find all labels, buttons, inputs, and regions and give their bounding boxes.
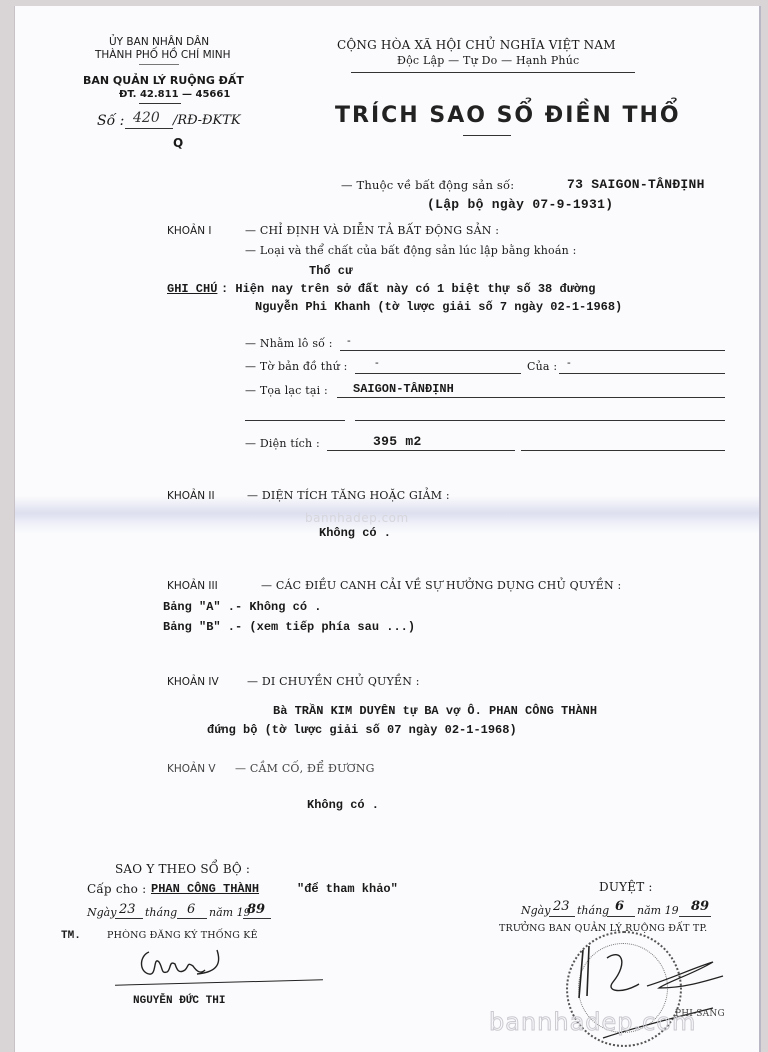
signature-left xyxy=(135,946,255,986)
approval-date-year: 89 xyxy=(691,899,709,914)
section3-line-a: Bảng "A" .- Không có . xyxy=(163,600,321,614)
location-label: — Tọa lạc tại : xyxy=(245,384,328,397)
phone-number: ĐT. 42.811 — 45661 xyxy=(119,89,230,100)
committee-name: ỦY BAN NHÂN DÂN xyxy=(109,36,209,48)
title-ornament xyxy=(463,135,511,136)
underline xyxy=(549,916,575,917)
underline xyxy=(177,918,207,919)
of-label: Của : xyxy=(527,360,557,373)
section4-heading: KHOẢN IV xyxy=(167,676,219,688)
document-title: TRÍCH SAO SỔ ĐIỀN THỔ xyxy=(335,103,681,128)
document-page: ỦY BAN NHÂN DÂN THÀNH PHỐ HỒ CHÍ MINH BA… xyxy=(14,6,761,1052)
location-line xyxy=(337,397,725,398)
section3-heading: KHOẢN III xyxy=(167,580,218,592)
issued-label: Cấp cho : xyxy=(87,882,146,896)
doc-number-suffix: /RĐ-ĐKTK xyxy=(173,113,241,128)
property-established: (Lập bộ ngày 07-9-1931) xyxy=(427,197,613,212)
area-value: 395 m2 xyxy=(373,434,422,449)
section4-title: — DI CHUYỀN CHỦ QUYỀN : xyxy=(247,675,420,688)
section1-title: — CHỈ ĐỊNH VÀ DIỄN TẢ BẤT ĐỘNG SẢN : xyxy=(245,224,499,237)
office-name: PHÒNG ĐĂNG KÝ THỐNG KÊ xyxy=(107,930,258,941)
note-label: GHI CHÚ xyxy=(167,282,217,296)
doc-number-underline xyxy=(125,128,173,129)
issue-date-month: 6 xyxy=(187,902,195,917)
underline xyxy=(115,918,143,919)
section3-line-b: Bảng "B" .- (xem tiếp phía sau ...) xyxy=(163,620,415,634)
property-type-value: Thổ cư xyxy=(309,264,352,278)
underline xyxy=(243,918,271,919)
copy-label: SAO Y THEO SỔ BỘ : xyxy=(115,862,250,876)
issue-date-month-label: tháng xyxy=(145,906,177,919)
divider xyxy=(139,103,181,104)
area-line xyxy=(327,450,515,451)
lot-value: - xyxy=(347,334,351,347)
department-name: BAN QUẢN LÝ RUỘNG ĐẤT xyxy=(83,74,244,87)
approver-office: TRƯỞNG BAN QUẢN LÝ RUỘNG ĐẤT TP. xyxy=(499,923,707,934)
approval-date-month-label: tháng xyxy=(577,904,609,917)
approved-label: DUYỆT : xyxy=(599,880,653,894)
map-value: - xyxy=(375,356,379,369)
approval-date-day-label: Ngày xyxy=(521,904,550,917)
underline xyxy=(607,916,635,917)
location-line-2b xyxy=(355,420,725,421)
property-label: — Thuộc về bất động sản số: xyxy=(341,178,514,192)
approval-date-month: 6 xyxy=(615,899,624,914)
location-line-2a xyxy=(245,420,345,421)
header-divider xyxy=(351,72,635,73)
issue-date-day: 23 xyxy=(119,902,136,917)
issue-date-year: 89 xyxy=(247,902,265,917)
note-line1: : Hiện nay trên sở đất này có 1 biệt thự… xyxy=(221,282,595,296)
section2-title: — DIỆN TÍCH TĂNG HOẶC GIẢM : xyxy=(247,489,450,502)
national-motto: Độc Lập — Tự Do — Hạnh Phúc xyxy=(397,54,579,67)
map-label: — Tờ bản đồ thứ : xyxy=(245,360,348,373)
mark: Q xyxy=(173,136,183,150)
section3-title: — CÁC ĐIỀU CANH CẢI VỀ SỰ HƯỞNG DỤNG CHỦ… xyxy=(261,579,621,592)
lot-line xyxy=(340,350,725,351)
section1-heading: KHOẢN I xyxy=(167,225,212,237)
doc-number-label: Số : xyxy=(97,113,124,129)
watermark-main: bannhadep.com xyxy=(489,1008,696,1036)
approval-date-year-label: năm 19 xyxy=(637,904,679,917)
watermark-faint: bannhadep.com xyxy=(305,511,409,525)
section5-value: Không có . xyxy=(307,798,379,812)
nation-name: CỘNG HÒA XÃ HỘI CHỦ NGHĨA VIỆT NAM xyxy=(337,38,616,52)
lot-label: — Nhằm lô số : xyxy=(245,337,333,350)
issued-to: PHAN CÔNG THÀNH xyxy=(151,882,259,896)
area-label: — Diện tích : xyxy=(245,437,320,450)
signer-name: NGUYỄN ĐỨC THI xyxy=(133,995,225,1007)
underline xyxy=(679,916,711,917)
section5-heading: KHOẢN V xyxy=(167,763,216,775)
property-value: 73 SAIGON-TÂNĐỊNH xyxy=(567,177,705,192)
divider xyxy=(139,64,179,65)
section4-line2: đứng bộ (tờ lược giải số 07 ngày 02-1-19… xyxy=(207,723,517,737)
of-line xyxy=(559,373,725,374)
note-line2: Nguyễn Phi Khanh (tờ lược giải số 7 ngày… xyxy=(255,300,622,314)
doc-number-value: 420 xyxy=(133,110,160,126)
section5-title: — CẦM CỐ, ĐỂ ĐƯƠNG xyxy=(235,762,375,775)
approval-date-day: 23 xyxy=(553,899,570,914)
section2-heading: KHOẢN II xyxy=(167,490,215,502)
property-type-label: — Loại và thể chất của bất động sản lúc … xyxy=(245,244,577,257)
city-name: THÀNH PHỐ HỒ CHÍ MINH xyxy=(95,49,230,61)
tm-label: TM. xyxy=(61,930,81,942)
area-line-2 xyxy=(521,450,725,451)
issued-purpose: "để tham khảo" xyxy=(297,882,398,896)
of-value: - xyxy=(567,356,571,369)
section4-line1: Bà TRẦN KIM DUYÊN tự BA vợ Ô. PHAN CÔNG … xyxy=(273,704,597,718)
location-value: SAIGON-TÂNĐỊNH xyxy=(353,382,454,396)
issue-date-day-label: Ngày xyxy=(87,906,116,919)
map-line xyxy=(355,373,521,374)
section2-value: Không có . xyxy=(319,526,391,540)
